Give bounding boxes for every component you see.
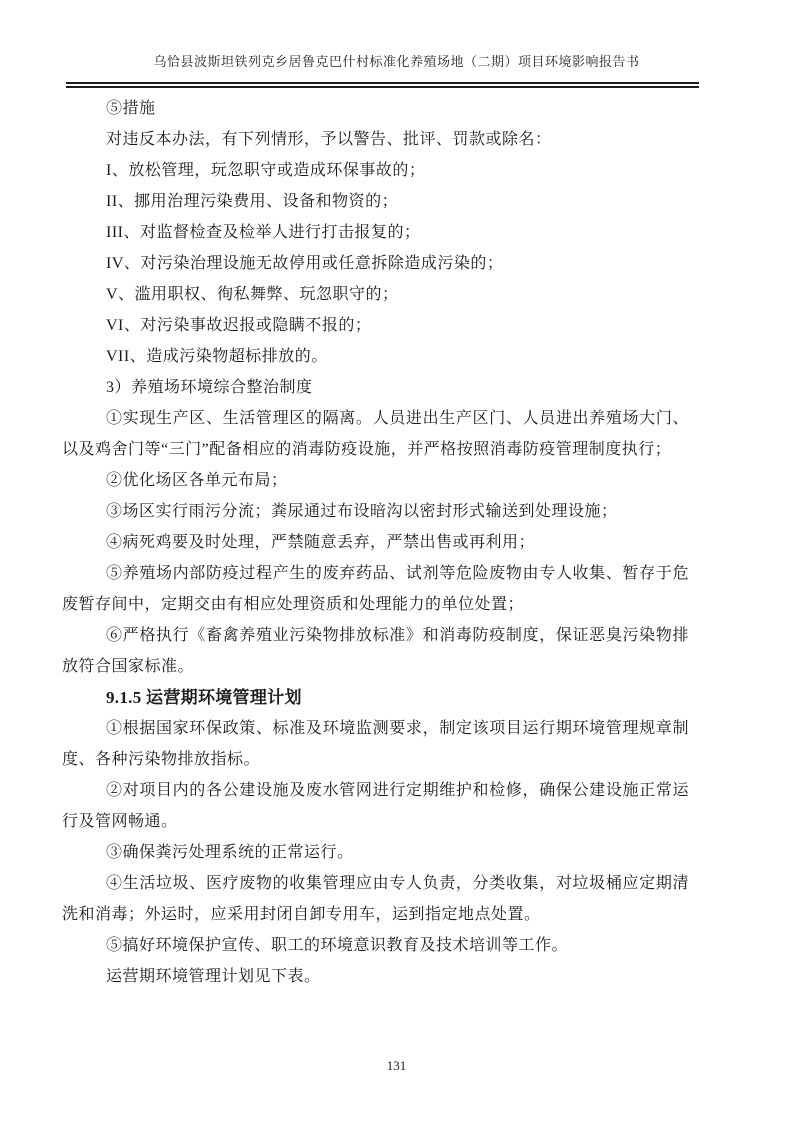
paragraph: ⑤养殖场内部防疫过程产生的废弃药品、试剂等危险废物由专人收集、暂存于危废暂存间中… (62, 558, 689, 620)
paragraph: 运营期环境管理计划见下表。 (62, 961, 689, 992)
page-footer: 131 (0, 1058, 793, 1074)
paragraph: ②对项目内的各公建设施及废水管网进行定期维护和检修，确保公建设施正常运行及管网畅… (62, 775, 689, 837)
paragraph: ①根据国家环保政策、标准及环境监测要求，制定该项目运行期环境管理规章制度、各种污… (62, 713, 689, 775)
paragraph: V、滥用职权、徇私舞弊、玩忽职守的； (62, 279, 689, 310)
paragraph: ⑥严格执行《畜禽养殖业污染物排放标准》和消毒防疫制度，保证恶臭污染物排放符合国家… (62, 620, 689, 682)
page-header: 乌恰县波斯坦铁列克乡居鲁克巴什村标准化养殖场地（二期）项目环境影响报告书 (0, 0, 793, 88)
paragraph: 对违反本办法，有下列情形，予以警告、批评、罚款或除名： (62, 124, 689, 155)
paragraph: 3）养殖场环境综合整治制度 (62, 372, 689, 403)
document-body: ⑤措施对违反本办法，有下列情形，予以警告、批评、罚款或除名：I、放松管理，玩忽职… (62, 88, 689, 992)
header-title: 乌恰县波斯坦铁列克乡居鲁克巴什村标准化养殖场地（二期）项目环境影响报告书 (0, 0, 793, 70)
paragraph: I、放松管理，玩忽职守或造成环保事故的； (62, 155, 689, 186)
paragraph: VII、造成污染物超标排放的。 (62, 341, 689, 372)
section-heading: 9.1.5 运营期环境管理计划 (62, 682, 689, 713)
paragraph: ⑤搞好环境保护宣传、职工的环境意识教育及技术培训等工作。 (62, 930, 689, 961)
paragraph: ③场区实行雨污分流；粪尿通过布设暗沟以密封形式输送到处理设施； (62, 496, 689, 527)
paragraph: ③确保粪污处理系统的正常运行。 (62, 837, 689, 868)
document-page: 乌恰县波斯坦铁列克乡居鲁克巴什村标准化养殖场地（二期）项目环境影响报告书 ⑤措施… (0, 0, 793, 1122)
paragraph: ④生活垃圾、医疗废物的收集管理应由专人负责，分类收集，对垃圾桶应定期清洗和消毒；… (62, 868, 689, 930)
paragraph: II、挪用治理污染费用、设备和物资的； (62, 186, 689, 217)
paragraph: ①实现生产区、生活管理区的隔离。人员进出生产区门、人员进出养殖场大门、以及鸡舍门… (62, 403, 689, 465)
paragraph: IV、对污染治理设施无故停用或任意拆除造成污染的； (62, 248, 689, 279)
paragraph: ②优化场区各单元布局； (62, 465, 689, 496)
paragraph: III、对监督检查及检举人进行打击报复的； (62, 217, 689, 248)
paragraph: ⑤措施 (62, 93, 689, 124)
page-number: 131 (387, 1058, 407, 1073)
paragraph: ④病死鸡要及时处理，严禁随意丢弃，严禁出售或再利用； (62, 527, 689, 558)
paragraph: VI、对污染事故迟报或隐瞒不报的； (62, 310, 689, 341)
